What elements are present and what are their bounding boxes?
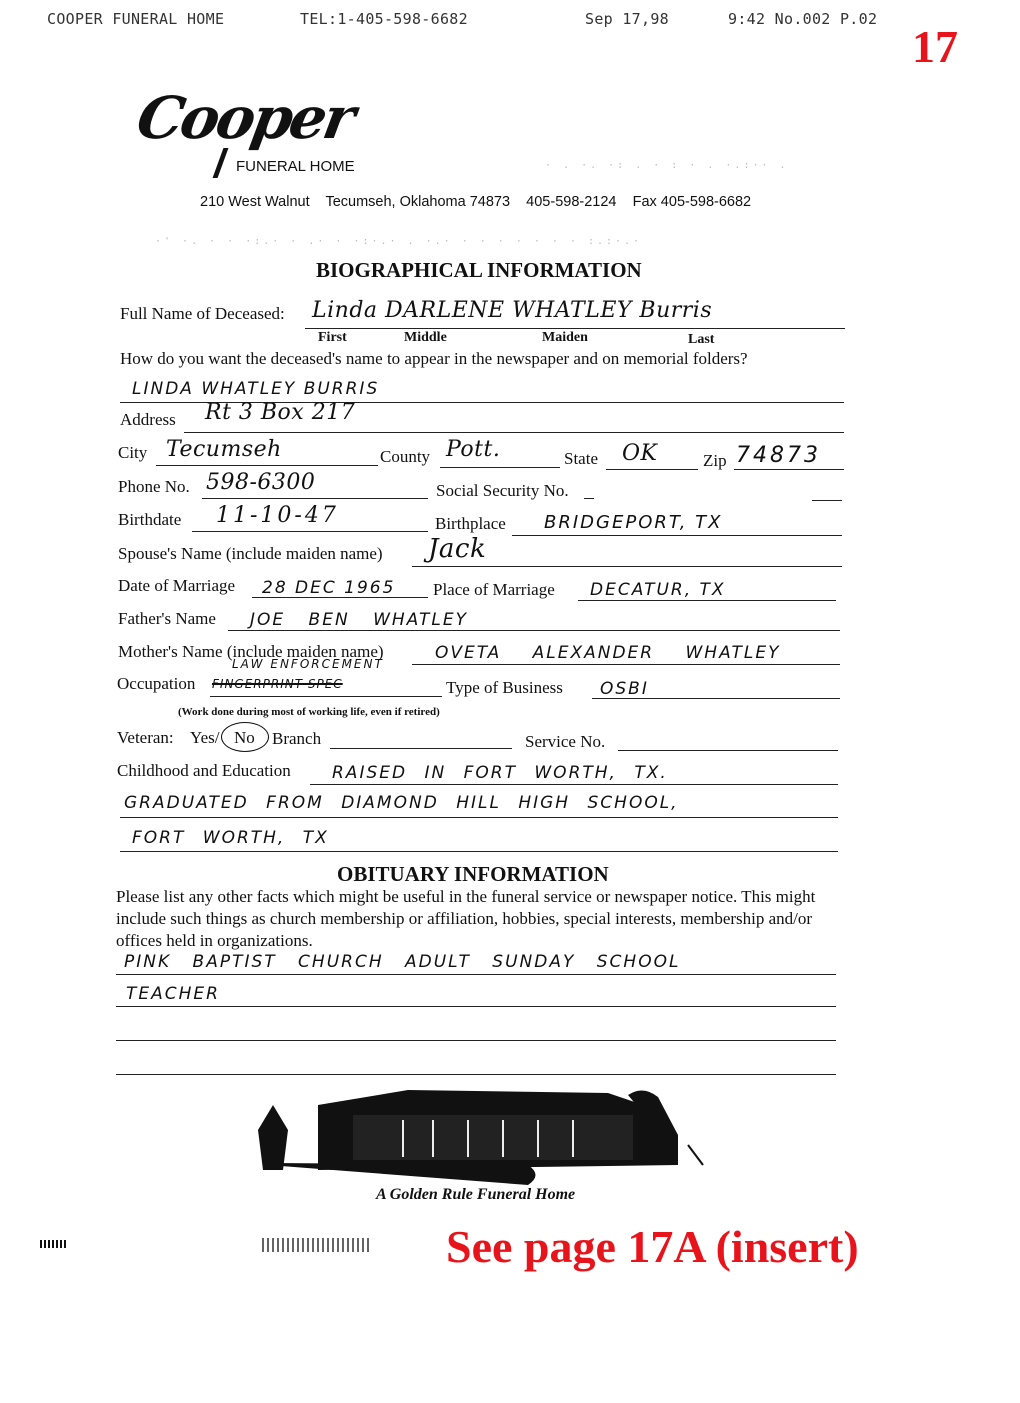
newspaper-question: How do you want the deceased's name to a… bbox=[120, 349, 748, 369]
occupation-struck-text: FINGERPRINT SPEC bbox=[212, 677, 343, 691]
obituary-line-2[interactable]: TEACHER bbox=[126, 984, 220, 1004]
page-number: 17 bbox=[912, 20, 958, 73]
scan-noise: · . ·. ·: . · : · . ·.:·· . bbox=[545, 160, 789, 171]
zip-field[interactable]: 74873 bbox=[736, 443, 821, 468]
occupation-label: Occupation bbox=[117, 674, 195, 694]
business-field[interactable]: OSBI bbox=[600, 679, 649, 699]
marriage-place-label: Place of Marriage bbox=[433, 580, 555, 600]
spouse-field[interactable]: Jack bbox=[428, 534, 486, 564]
address-field[interactable]: Rt 3 Box 217 bbox=[205, 400, 355, 425]
zip-label: Zip bbox=[703, 451, 727, 471]
scan-noise: ·' ·. · · ·:.· · .· · ·:·.· . ·.· · · · … bbox=[155, 236, 642, 247]
letterhead-address: 210 West Walnut bbox=[200, 194, 310, 210]
full-name-field[interactable]: Linda DARLENE WHATLEY Burris bbox=[312, 298, 712, 323]
occupation-note: (Work done during most of working life, … bbox=[178, 706, 440, 718]
fax-tel: TEL:1-405-598-6682 bbox=[300, 10, 468, 28]
birthplace-label: Birthplace bbox=[435, 514, 506, 534]
business-label: Type of Business bbox=[446, 678, 563, 698]
logo-stroke bbox=[213, 148, 229, 178]
funeral-home-building-illustration bbox=[258, 1085, 708, 1190]
logo-subtext: FUNERAL HOME bbox=[236, 158, 355, 175]
obituary-line-1[interactable]: PINK BAPTIST CHURCH ADULT SUNDAY SCHOOL bbox=[124, 952, 680, 972]
county-field[interactable]: Pott. bbox=[446, 437, 500, 462]
veteran-no-circled-mark bbox=[221, 722, 269, 752]
fax-date: Sep 17,98 bbox=[585, 10, 669, 28]
city-field[interactable]: Tecumseh bbox=[166, 437, 282, 462]
cooper-logo: Cooper bbox=[132, 84, 358, 152]
birthdate-field[interactable]: 11-10-47 bbox=[216, 503, 339, 528]
childhood-line-2[interactable]: GRADUATED FROM DIAMOND HILL HIGH SCHOOL, bbox=[124, 793, 679, 813]
mother-field[interactable]: OVETA ALEXANDER WHATLEY bbox=[435, 643, 780, 663]
golden-rule-tagline: A Golden Rule Funeral Home bbox=[376, 1186, 575, 1204]
scan-mark bbox=[262, 1238, 372, 1252]
obituary-instructions: Please list any other facts which might … bbox=[116, 886, 836, 952]
marriage-place-field[interactable]: DECATUR, TX bbox=[590, 580, 726, 600]
fax-sender: COOPER FUNERAL HOME bbox=[47, 10, 224, 28]
state-label: State bbox=[564, 449, 598, 469]
ssn-label: Social Security No. bbox=[436, 481, 569, 501]
marriage-date-label: Date of Marriage bbox=[118, 576, 235, 596]
scan-mark bbox=[40, 1240, 66, 1248]
name-part-first: First bbox=[318, 330, 347, 346]
name-part-middle: Middle bbox=[404, 330, 447, 346]
birthplace-field[interactable]: BRIDGEPORT, TX bbox=[544, 512, 723, 533]
biographical-heading: BIOGRAPHICAL INFORMATION bbox=[316, 258, 642, 283]
childhood-label: Childhood and Education bbox=[117, 761, 291, 781]
city-label: City bbox=[118, 443, 147, 463]
branch-label: Branch bbox=[272, 729, 321, 749]
phone-field[interactable]: 598-6300 bbox=[206, 470, 315, 495]
father-field[interactable]: JOE BEN WHATLEY bbox=[250, 610, 468, 630]
newspaper-name-field[interactable]: LINDA WHATLEY BURRIS bbox=[132, 379, 379, 399]
insert-annotation: See page 17A (insert) bbox=[446, 1220, 859, 1273]
occupation-field[interactable]: LAW ENFORCEMENT bbox=[232, 657, 384, 671]
spouse-label: Spouse's Name (include maiden name) bbox=[118, 544, 383, 564]
marriage-date-field[interactable]: 28 DEC 1965 bbox=[262, 578, 395, 598]
name-part-last: Last bbox=[688, 332, 714, 348]
letterhead-address-line: 210 West Walnut Tecumseh, Oklahoma 74873… bbox=[200, 194, 751, 210]
full-name-label: Full Name of Deceased: bbox=[120, 304, 285, 324]
state-field[interactable]: OK bbox=[622, 441, 657, 466]
obituary-heading: OBITUARY INFORMATION bbox=[337, 862, 609, 887]
childhood-line-3[interactable]: FORT WORTH, TX bbox=[132, 828, 329, 848]
letterhead-phone: 405-598-2124 bbox=[526, 194, 616, 210]
veteran-yes-option[interactable]: Yes/ bbox=[190, 728, 219, 748]
name-part-maiden: Maiden bbox=[542, 330, 588, 346]
veteran-label: Veteran: bbox=[117, 728, 174, 748]
county-label: County bbox=[380, 447, 430, 467]
birthdate-label: Birthdate bbox=[118, 510, 181, 530]
address-label: Address bbox=[120, 410, 176, 430]
childhood-line-1[interactable]: RAISED IN FORT WORTH, TX. bbox=[332, 763, 668, 783]
father-label: Father's Name bbox=[118, 609, 216, 629]
letterhead-fax: Fax 405-598-6682 bbox=[633, 194, 752, 210]
letterhead-city: Tecumseh, Oklahoma 74873 bbox=[325, 194, 510, 210]
fax-time-info: 9:42 No.002 P.02 bbox=[728, 10, 877, 28]
service-no-label: Service No. bbox=[525, 732, 605, 752]
phone-label: Phone No. bbox=[118, 477, 190, 497]
